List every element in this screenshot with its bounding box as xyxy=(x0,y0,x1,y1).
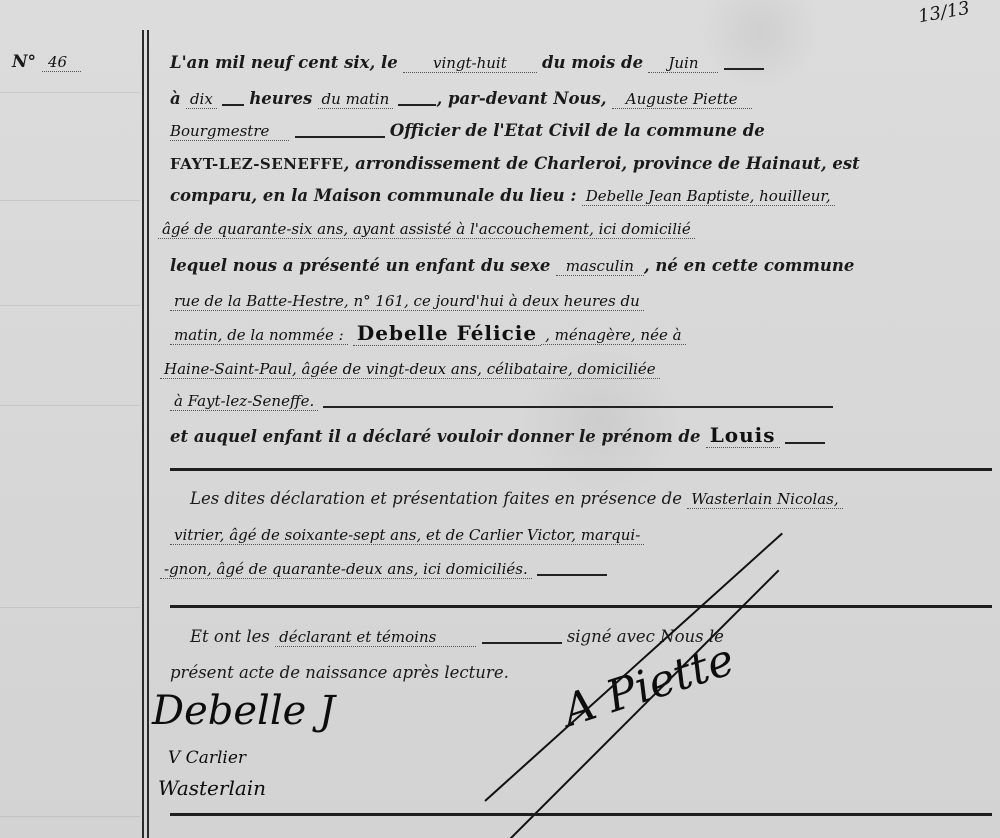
margin-rule xyxy=(0,200,140,201)
text: heures xyxy=(249,89,312,108)
line-witnesses: Les dites déclaration et présentation fa… xyxy=(190,488,990,510)
line-address: rue de la Batte-Hestre, n° 161, ce jourd… xyxy=(170,290,990,312)
signature-officer: A Piette xyxy=(556,634,740,737)
margin-rule xyxy=(0,305,140,306)
declarant-field: Debelle Jean Baptiste, houilleur, xyxy=(582,187,835,206)
text: , par-devant Nous, xyxy=(436,89,606,108)
sex-field: masculin xyxy=(556,257,644,276)
text: , né en cette commune xyxy=(644,256,854,275)
section-divider xyxy=(170,468,992,471)
fill-line xyxy=(222,94,244,106)
act-number: N° 46 xyxy=(12,52,81,72)
handwritten-text: Haine-Saint-Paul, âgée de vingt-deux ans… xyxy=(160,360,660,379)
line-officer: Bourgmestre Officier de l'Etat Civil de … xyxy=(170,120,990,142)
text: lequel nous a présenté un enfant du sexe xyxy=(170,256,550,275)
hour-field: dix xyxy=(186,90,217,109)
margin-rule xyxy=(0,816,140,817)
witness1-field: Wasterlain Nicolas, xyxy=(687,490,842,509)
act-number-label: N° xyxy=(12,52,36,72)
text: L'an mil neuf cent six, le xyxy=(170,53,398,72)
handwritten-text: vitrier, âgé de soixante-sept ans, et de… xyxy=(170,526,644,545)
fill-line xyxy=(295,126,385,138)
text: comparu, en la Maison communale du lieu … xyxy=(170,186,576,205)
handwritten-text: rue de la Batte-Hestre, n° 161, ce jourd… xyxy=(170,292,644,311)
fill-line xyxy=(323,396,833,408)
handwritten-text: à Fayt-lez-Seneffe. xyxy=(170,392,318,411)
handwritten-text: âgé de quarante-six ans, ayant assisté à… xyxy=(158,220,695,239)
fill-line xyxy=(724,58,764,70)
margin-rule xyxy=(0,92,140,93)
fill-line xyxy=(398,94,436,106)
line-mother: matin, de la nommée : Debelle Félicie, m… xyxy=(170,322,990,346)
line-witness-details: vitrier, âgé de soixante-sept ans, et de… xyxy=(170,524,990,546)
handwritten-text: , ménagère, née à xyxy=(541,326,685,345)
line-mother-residence: à Fayt-lez-Seneffe. xyxy=(170,390,990,412)
corner-reference: 13/13 xyxy=(917,0,972,27)
line-mother-details: Haine-Saint-Paul, âgée de vingt-deux ans… xyxy=(160,358,990,380)
line-given-name: et auquel enfant il a déclaré vouloir do… xyxy=(170,424,990,448)
fill-line xyxy=(537,564,607,576)
line-date: L'an mil neuf cent six, le vingt-huit du… xyxy=(170,52,990,74)
line-sex: lequel nous a présenté un enfant du sexe… xyxy=(170,255,990,277)
line-witness2-details: -gnon, âgé de quarante-deux ans, ici dom… xyxy=(160,558,990,580)
fill-line xyxy=(785,432,825,444)
margin-rule xyxy=(0,405,140,406)
margin-rule xyxy=(0,607,140,608)
text: présent acte de naissance après lecture. xyxy=(170,663,509,682)
act-number-value: 46 xyxy=(42,53,81,72)
officer-field: Auguste Piette xyxy=(612,90,752,109)
line-declarant-details: âgé de quarante-six ans, ayant assisté à… xyxy=(158,218,990,240)
text: Officier de l'Etat Civil de la commune d… xyxy=(390,121,765,140)
text: Les dites déclaration et présentation fa… xyxy=(190,489,682,508)
handwritten-text: matin, de la nommée : xyxy=(170,326,348,345)
section-divider xyxy=(170,605,992,608)
text: Et ont les xyxy=(190,627,270,646)
text: , arrondissement de Charleroi, province … xyxy=(344,154,860,173)
signatories-field: déclarant et témoins xyxy=(275,628,476,647)
fill-line xyxy=(482,632,562,644)
line-signed: Et ont les déclarant et témoins signé av… xyxy=(190,626,990,648)
commune-name: Fayt-lez-Seneffe xyxy=(170,155,344,173)
signature-flourish xyxy=(509,570,779,838)
margin-divider xyxy=(142,30,144,838)
day-field: vingt-huit xyxy=(403,54,537,73)
signature-witness2: Wasterlain xyxy=(158,776,266,800)
time-field: du matin xyxy=(318,90,394,109)
margin-divider xyxy=(147,30,149,838)
birth-certificate-page: 13/13 N° 46 L'an mil neuf cent six, le v… xyxy=(0,0,1000,838)
text: du mois de xyxy=(542,53,643,72)
signature-witness1: V Carlier xyxy=(168,748,246,768)
handwritten-text: -gnon, âgé de quarante-deux ans, ici dom… xyxy=(160,560,532,579)
line-time: à dix heures du matin , par-devant Nous,… xyxy=(170,88,990,110)
line-declarant: comparu, en la Maison communale du lieu … xyxy=(170,185,990,207)
mother-name: Debelle Félicie xyxy=(353,321,541,346)
line-commune: Fayt-lez-Seneffe, arrondissement de Char… xyxy=(170,153,990,175)
signature-declarant: Debelle J xyxy=(152,688,335,734)
text: à xyxy=(170,89,181,108)
section-divider xyxy=(170,813,992,816)
title-field: Bourgmestre xyxy=(170,122,289,141)
month-field: Juin xyxy=(648,54,718,73)
given-name: Louis xyxy=(706,423,780,448)
text: et auquel enfant il a déclaré vouloir do… xyxy=(170,427,700,446)
